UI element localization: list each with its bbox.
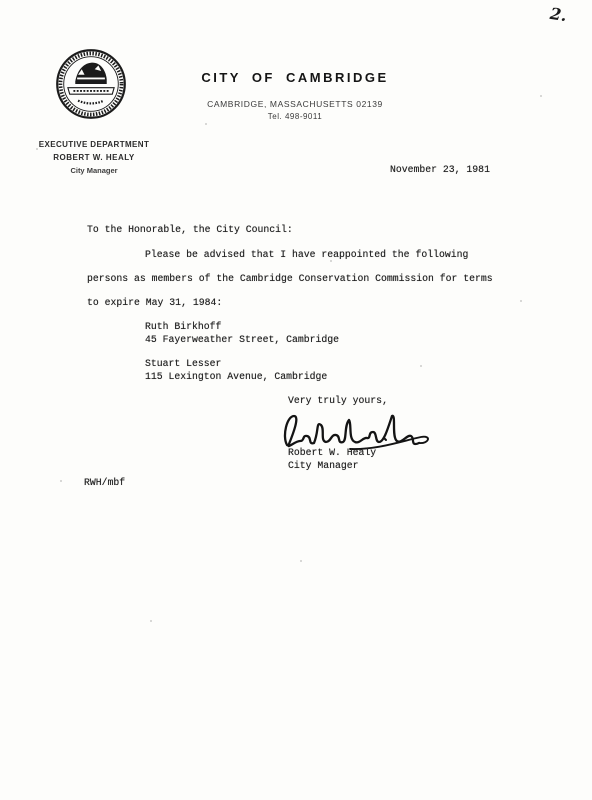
letterhead-phone: Tel. 498-9011 [150, 112, 440, 121]
signature-title: City Manager [288, 460, 359, 472]
scan-noise [330, 260, 332, 262]
body-line: to expire May 31, 1984: [87, 297, 222, 309]
body-line: Please be advised that I have reappointe… [145, 249, 468, 261]
scan-noise [150, 620, 152, 622]
letterhead-address: CAMBRIDGE, MASSACHUSETTS 02139 [150, 99, 440, 109]
scan-noise [36, 148, 38, 150]
body-line: persons as members of the Cambridge Cons… [87, 273, 493, 285]
official-name: ROBERT W. HEALY [20, 153, 168, 162]
scan-noise [60, 480, 62, 482]
appointee-address: 115 Lexington Avenue, Cambridge [145, 371, 327, 383]
scan-noise [420, 365, 422, 367]
department-block: EXECUTIVE DEPARTMENT ROBERT W. HEALY Cit… [20, 140, 168, 175]
letter-date: November 23, 1981 [390, 164, 490, 176]
city-seal-icon [54, 47, 128, 121]
official-title: City Manager [20, 166, 168, 175]
letterhead: CITY OF CAMBRIDGE CAMBRIDGE, MASSACHUSET… [150, 70, 440, 121]
scan-noise [205, 123, 207, 125]
scanned-letter-page: 2. CITY OF CAMBRIDGE CAMBRIDGE, MASSACHU… [0, 0, 592, 800]
signature-name: Robert W. Healy [288, 447, 376, 459]
letterhead-title: CITY OF CAMBRIDGE [150, 70, 440, 85]
department-name: EXECUTIVE DEPARTMENT [20, 140, 168, 149]
scan-noise [540, 95, 542, 97]
appointee-name: Ruth Birkhoff [145, 321, 221, 333]
scan-noise [520, 300, 522, 302]
handwritten-page-number: 2. [549, 4, 568, 25]
salutation: To the Honorable, the City Council: [87, 224, 293, 236]
appointee-name: Stuart Lesser [145, 358, 221, 370]
scan-noise [300, 560, 302, 562]
appointee-address: 45 Fayerweather Street, Cambridge [145, 334, 339, 346]
reference-initials: RWH/mbf [84, 477, 125, 489]
